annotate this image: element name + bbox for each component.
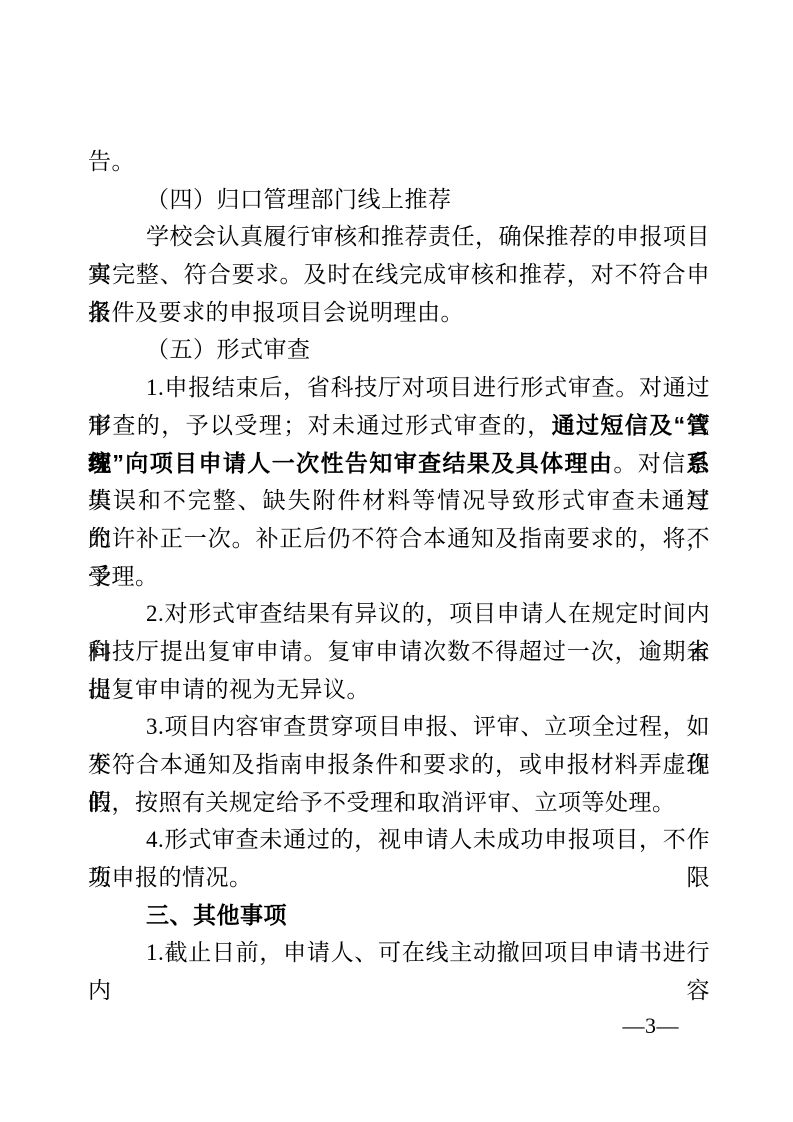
paragraph-line: 实完整、符合要求。及时在线完成审核和推荐，对不符合申报 <box>88 256 710 294</box>
paragraph-line: 1.截止日前，申请人、可在线主动撤回项目申请书进行内容 <box>88 934 710 972</box>
paragraph-line: 学校会认真履行审核和推荐责任，确保推荐的申报项目真 <box>88 218 710 256</box>
paragraph-line: 出复审申请的视为无异议。 <box>88 671 710 709</box>
continuation-line: 告。 <box>88 143 710 181</box>
paragraph-line: 审查的，予以受理；对未通过形式审查的，通过短信及“管理系 <box>88 407 710 445</box>
section-heading-5: （五）形式审查 <box>88 331 710 369</box>
paragraph-line: 允许补正一次。补正后仍不符合本通知及指南要求的，将不予 <box>88 520 710 558</box>
paragraph-line: 条件及要求的申报项目会说明理由。 <box>88 294 710 332</box>
page-number: —3— <box>623 1012 680 1040</box>
text-run: 的，按照有关规定给予不受理和取消评审、立项等处理。 <box>88 790 676 815</box>
bold-text-run: 统”向项目申请人一次性告知审查结果及具体理由 <box>88 450 613 476</box>
text-run: （五）形式审查 <box>146 337 311 362</box>
paragraph-line: 4.形式审查未通过的，视申请人未成功申报项目，不作为限 <box>88 821 710 859</box>
paragraph-line: 的，按照有关规定给予不受理和取消评审、立项等处理。 <box>88 784 710 822</box>
section-heading-other-items: 三、其他事项 <box>88 897 710 935</box>
paragraph-line: 1.申报结束后，省科技厅对项目进行形式审查。对通过形式 <box>88 369 710 407</box>
paragraph-line: 受理。 <box>88 558 710 596</box>
text-run: （四）归口管理部门线上推荐 <box>146 187 452 212</box>
paragraph-line: 3.项目内容审查贯穿项目申报、评审、立项全过程，如发现 <box>88 708 710 746</box>
text-run: 1.截止日前，申请人、可在线主动撤回项目申请书进行内容 <box>88 940 710 1003</box>
paragraph-line: 2.对形式审查结果有异议的，项目申请人在规定时间内向省 <box>88 595 710 633</box>
paragraph-line: 科技厅提出复审申请。复审申请次数不得超过一次，逾期未提 <box>88 633 710 671</box>
text-run: 受理。 <box>88 564 159 589</box>
paragraph-line: 失误和不完整、缺失附件材料等情况导致形式审查未通过的， <box>88 482 710 520</box>
text-run: 审查的，予以受理；对未通过形式审查的， <box>88 413 552 438</box>
bold-text-run: 三、其他事项 <box>146 902 287 928</box>
document-page: 告。（四）归口管理部门线上推荐学校会认真履行审核和推荐责任，确保推荐的申报项目真… <box>0 0 793 1122</box>
text-run: 项申报的情况。 <box>88 865 253 890</box>
text-run: 出复审申请的视为无异议。 <box>88 677 370 702</box>
paragraph-line: 不符合本通知及指南申报条件和要求的，或申报材料弄虚作假 <box>88 746 710 784</box>
text-run: 条件及要求的申报项目会说明理由。 <box>88 300 464 325</box>
section-heading-4: （四）归口管理部门线上推荐 <box>88 181 710 219</box>
text-run: 告。 <box>88 149 135 174</box>
paragraph-line: 统”向项目申请人一次性告知审查结果及具体理由。对信息填写 <box>88 445 710 483</box>
document-body: 告。（四）归口管理部门线上推荐学校会认真履行审核和推荐责任，确保推荐的申报项目真… <box>88 143 710 972</box>
